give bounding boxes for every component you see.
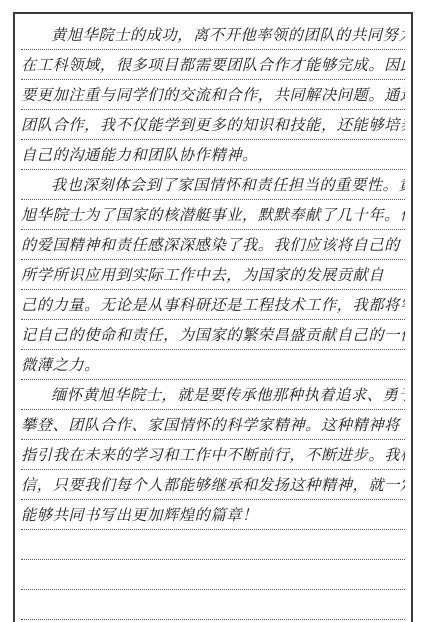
essay-line-14: 攀登、团队合作、家国情怀的科学家精神。这种精神将 bbox=[21, 410, 405, 440]
essay-line-17: 能够共同书写出更加辉煌的篇章！ bbox=[21, 500, 405, 530]
essay-sheet: 黄旭华院士的成功，离不开他率领的团队的共同努力。 在工科领域，很多项目都需要团队… bbox=[13, 12, 413, 622]
essay-line-16: 信，只要我们每个人都能够继承和发扬这种精神，就一定 bbox=[21, 470, 405, 500]
essay-line-20 bbox=[21, 590, 405, 620]
essay-line-18 bbox=[21, 530, 405, 560]
essay-line-11: 记自己的使命和责任，为国家的繁荣昌盛贡献自己的一份 bbox=[21, 320, 405, 350]
essay-line-15: 指引我在未来的学习和工作中不断前行，不断进步。我相 bbox=[21, 440, 405, 470]
essay-line-1: 黄旭华院士的成功，离不开他率领的团队的共同努力。 bbox=[21, 20, 405, 50]
essay-line-12: 微薄之力。 bbox=[21, 350, 405, 380]
essay-line-5: 自己的沟通能力和团队协作精神。 bbox=[21, 140, 405, 170]
essay-line-13: 缅怀黄旭华院士，就是要传承他那种执着追求、勇于 bbox=[21, 380, 405, 410]
essay-line-9: 所学所识应用到实际工作中去，为国家的发展贡献自 bbox=[21, 260, 405, 290]
essay-line-7: 旭华院士为了国家的核潜艇事业，默默奉献了几十年。他 bbox=[21, 200, 405, 230]
essay-line-2: 在工科领域，很多项目都需要团队合作才能够完成。因此 bbox=[21, 50, 405, 80]
essay-line-3: 要更加注重与同学们的交流和合作，共同解决问题。通过 bbox=[21, 80, 405, 110]
essay-line-4: 团队合作，我不仅能学到更多的知识和技能，还能够培养 bbox=[21, 110, 405, 140]
essay-line-19 bbox=[21, 560, 405, 590]
essay-line-8: 的爱国精神和责任感深深感染了我。我们应该将自己的 bbox=[21, 230, 405, 260]
essay-line-6: 我也深刻体会到了家国情怀和责任担当的重要性。黄 bbox=[21, 170, 405, 200]
essay-line-10: 己的力量。无论是从事科研还是工程技术工作，我都将牢 bbox=[21, 290, 405, 320]
